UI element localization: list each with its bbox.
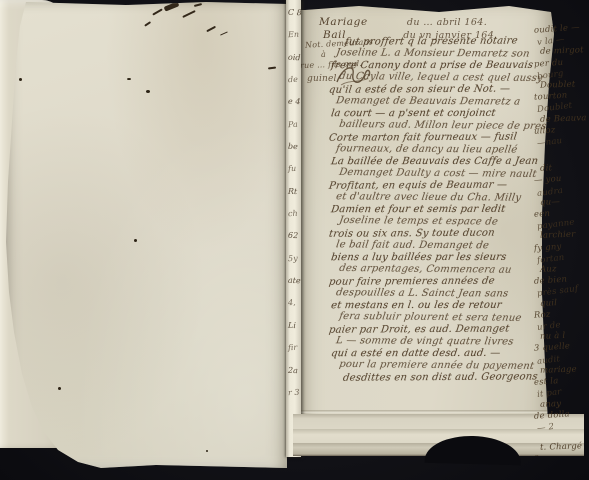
gutter-text-fragment: r 3: [286, 387, 301, 397]
gutter-text-fragment: 5y: [286, 253, 301, 263]
gutter-leaf-edge: C 82 En oid de e 4 Pa be fu Rt ch 62 5y …: [286, 0, 301, 457]
gutter-text-fragment: be: [286, 142, 301, 152]
left-margin-note: à: [321, 50, 326, 59]
ink-speck: [58, 387, 61, 390]
gutter-text-fragment: ch: [286, 209, 301, 219]
manuscript-line: et d'aultre avec lieue du Cha. Milly: [335, 191, 548, 204]
gutter-text-fragment: C 82: [286, 8, 301, 18]
page-fold-crease: [299, 410, 549, 413]
gutter-text-fragment: 4,: [286, 298, 301, 308]
gutter-text-fragment: fir: [286, 343, 301, 353]
ink-stroke: [152, 8, 163, 15]
ink-speck: [206, 450, 208, 452]
right-margin-annotations: oudit le — v la — de mirgot per du bourg…: [534, 24, 586, 456]
gutter-text-fragment: 62: [286, 231, 301, 241]
gutter-text-fragment: e 4: [286, 97, 301, 107]
archive-manuscript-scan: C 82 En oid de e 4 Pa be fu Rt ch 62 5y …: [0, 0, 589, 480]
manuscript-text-block: fut proffert q la presente notaire Josel…: [329, 36, 547, 384]
manuscript-line: le bail fait aud. Demanget de: [335, 239, 548, 252]
ink-stroke: [206, 26, 216, 32]
ink-speck: [134, 239, 137, 242]
manuscript-line: fourneaux, de dancy au lieu apellé: [335, 143, 548, 156]
manuscript-line: despouilles a L. Sainct Jean sans: [335, 287, 548, 300]
ink-stroke: [220, 31, 228, 35]
ink-blot: [164, 1, 180, 11]
left-page: [6, 2, 287, 468]
ink-stroke: [144, 21, 151, 26]
gutter-text-fragment: de: [286, 75, 301, 85]
ink-speck: [146, 90, 150, 93]
gutter-text-fragment: En: [286, 30, 301, 40]
ink-speck: [19, 78, 22, 81]
manuscript-line: Joseline L. a Monsieur Demaretz son: [335, 47, 548, 60]
ink-speck: [127, 78, 131, 80]
gutter-text-fragment: Rt: [286, 186, 301, 196]
gutter-text-fragment: Pa: [286, 119, 301, 129]
gutter-text-fragment: Li: [286, 321, 301, 331]
manuscript-line: L — somme de vingt quatre livres: [335, 335, 548, 348]
manuscript-line: Demanget de Beauvais Demaretz a: [335, 95, 548, 108]
right-page: Mariage du … abril 164. Bail du vn janvi…: [299, 4, 555, 454]
gutter-text-fragment: oid: [286, 52, 301, 62]
ink-stroke: [194, 3, 202, 7]
ink-stroke: [182, 10, 195, 18]
ink-dash: [268, 66, 276, 69]
manuscript-line: desdittes en son dist aud. Georgeons: [342, 371, 548, 384]
gutter-text-fragment: 2a: [286, 365, 301, 375]
gutter-text-fragment: fu: [286, 164, 301, 174]
gutter-text-fragment: ate: [286, 276, 301, 286]
